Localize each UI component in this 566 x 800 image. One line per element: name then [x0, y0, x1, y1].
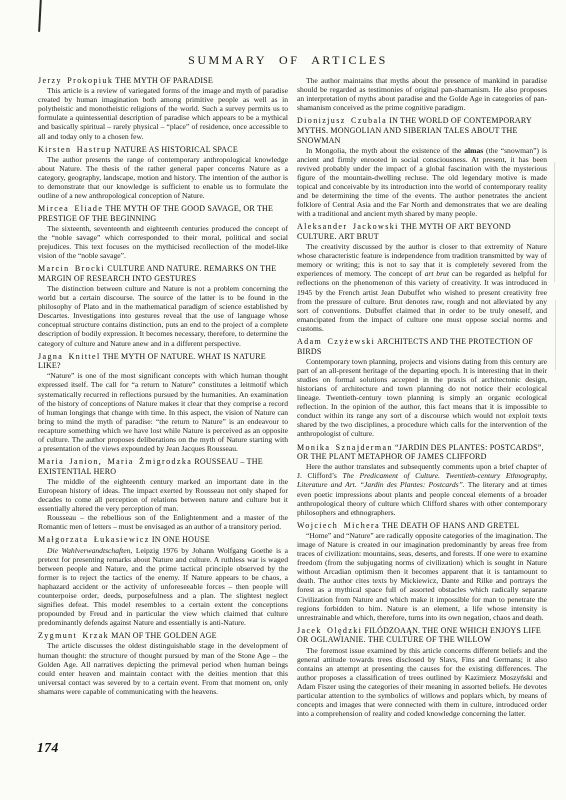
scan-artifact-line	[38, 0, 41, 32]
article-heading: Monika Sznajderman “JARDIN DES PLANTES: …	[297, 443, 547, 462]
article-author: Jagna Knittel	[38, 352, 101, 361]
article-author: Marcin Brocki	[38, 264, 105, 273]
page-title: SUMMARY OF ARTICLES	[30, 53, 546, 68]
summary-paragraph: In Mongolia, the myth about the existenc…	[297, 146, 547, 219]
italic-text-segment: Die Wahlverwandtschaften	[47, 546, 130, 555]
article-heading: Mircea Eliade THE MYTH OF THE GOOD SAVAG…	[38, 204, 288, 223]
text-segment: (the “snowman”) is ancient and firmly en…	[297, 146, 547, 219]
text-segment: The distinction between culture and Natu…	[38, 284, 288, 348]
article-summary: Jagna Knittel THE MYTH OF NATURE. WHAT I…	[38, 352, 288, 454]
text-segment: The article discusses the oldest disting…	[38, 641, 288, 695]
text-segment: The sixteenth, seventeenth and eighteent…	[38, 224, 288, 260]
summary-paragraph: The author presents the range of contemp…	[38, 155, 288, 200]
summary-paragraph: Here the author translates and subsequen…	[297, 462, 547, 517]
article-title: IN ONE HOUSE	[150, 535, 210, 544]
article-summary: Mircea Eliade THE MYTH OF THE GOOD SAVAG…	[38, 204, 288, 260]
article-summary: The author maintains that myths about th…	[297, 76, 547, 112]
article-summary: Aleksander Jackowski THE MYTH OF ART BEY…	[297, 222, 547, 333]
summary-paragraph: The middle of the eighteenth century mar…	[38, 477, 288, 513]
article-summary: Marcin Brocki CULTURE AND NATURE. REMARK…	[38, 264, 288, 347]
scan-noise-right	[555, 300, 556, 370]
summary-paragraph: The creativity discussed by the author i…	[297, 242, 547, 333]
article-title: NATURE AS HISTORICAL SPACE	[112, 145, 238, 154]
article-heading: Jacek Olędzki FILÓDZOAĄN. THE ONE WHICH …	[297, 626, 547, 645]
article-author: Mircea Eliade	[38, 204, 103, 213]
page-number: 174	[37, 740, 59, 756]
text-segment: The middle of the eighteenth century mar…	[38, 477, 288, 513]
article-heading: Marcin Brocki CULTURE AND NATURE. REMARK…	[38, 264, 288, 283]
article-title: THE DEATH OF HANS AND GRETEL	[380, 521, 519, 530]
article-summary: Zygmunt Krzak MAN OF THE GOLDEN AGEThe a…	[38, 631, 288, 696]
article-author: Maria Janion, Maria Żmigrodzka	[38, 457, 192, 466]
text-segment: Contemporary town planning, projects and…	[297, 357, 547, 439]
text-segment: can be regarded as helpful for reflectio…	[297, 269, 547, 333]
article-title: THE MYTH OF PARADISE	[113, 76, 213, 85]
text-segment: “Nature” is one of the most significant …	[38, 371, 288, 453]
article-author: Jerzy Prokopiuk	[38, 76, 113, 85]
article-author: Małgorzata Łukasiewicz	[38, 535, 150, 544]
scan-noise-right	[554, 162, 555, 282]
text-segment: Rousseau – the rebellious son of the Enl…	[38, 513, 288, 531]
article-summary: Maria Janion, Maria Żmigrodzka ROUSSEAU …	[38, 457, 288, 531]
text-segment: “Home” and “Nature” are radically opposi…	[297, 531, 547, 622]
article-heading: Jagna Knittel THE MYTH OF NATURE. WHAT I…	[38, 352, 288, 371]
article-summary: Adam Czyżewski ARCHITECTS AND THE PROTEC…	[297, 337, 547, 439]
summary-paragraph: Contemporary town planning, projects and…	[297, 357, 547, 439]
text-segment: , Leipzig 1976 by Johann Wolfgang Goethe…	[38, 546, 288, 628]
article-summary: Jerzy Prokopiuk THE MYTH OF PARADISEThis…	[38, 76, 288, 141]
article-author: Kirsten Hastrup	[38, 145, 112, 154]
article-author: Dionizjusz Czubala	[297, 116, 387, 125]
text-segment: In Mongolia, the myth about the existenc…	[306, 146, 464, 155]
summary-paragraph: The foremost issue examined by this arti…	[297, 646, 547, 719]
text-segment: The foremost issue examined by this arti…	[297, 646, 547, 719]
article-heading: Jerzy Prokopiuk THE MYTH OF PARADISE	[38, 76, 288, 86]
article-summary: Jacek Olędzki FILÓDZOAĄN. THE ONE WHICH …	[297, 626, 547, 718]
scanned-book-page: SUMMARY OF ARTICLES Jerzy Prokopiuk THE …	[0, 0, 566, 800]
article-author: Zygmunt Krzak	[38, 631, 109, 640]
summary-paragraph: The sixteenth, seventeenth and eighteent…	[38, 224, 288, 260]
article-heading: Małgorzata Łukasiewicz IN ONE HOUSE	[38, 535, 288, 545]
article-summary: Wojciech Michera THE DEATH OF HANS AND G…	[297, 521, 547, 622]
article-summary: Dionizjusz Czubala IN THE WORLD OF CONTE…	[297, 116, 547, 218]
summary-paragraph: “Home” and “Nature” are radically opposi…	[297, 531, 547, 622]
two-column-layout: Jerzy Prokopiuk THE MYTH OF PARADISEThis…	[38, 76, 547, 718]
article-author: Monika Sznajderman	[297, 443, 393, 452]
article-summary: Monika Sznajderman “JARDIN DES PLANTES: …	[297, 443, 547, 517]
text-segment: This article is a review of variegated f…	[38, 86, 288, 140]
article-summary: Kirsten Hastrup NATURE AS HISTORICAL SPA…	[38, 145, 288, 201]
article-heading: Zygmunt Krzak MAN OF THE GOLDEN AGE	[38, 631, 288, 641]
summary-paragraph: This article is a review of variegated f…	[38, 86, 288, 141]
article-author: Jacek Olędzki	[297, 626, 362, 635]
left-column: Jerzy Prokopiuk THE MYTH OF PARADISEThis…	[38, 76, 288, 718]
article-heading: Kirsten Hastrup NATURE AS HISTORICAL SPA…	[38, 145, 288, 155]
article-author: Wojciech Michera	[297, 521, 380, 530]
article-title: MAN OF THE GOLDEN AGE	[109, 631, 217, 640]
summary-paragraph: The author maintains that myths about th…	[297, 76, 547, 112]
article-summary: Małgorzata Łukasiewicz IN ONE HOUSEDie W…	[38, 535, 288, 627]
article-heading: Wojciech Michera THE DEATH OF HANS AND G…	[297, 521, 547, 531]
summary-paragraph: The distinction between culture and Natu…	[38, 284, 288, 348]
summary-paragraph: Die Wahlverwandtschaften, Leipzig 1976 b…	[38, 546, 288, 628]
summary-paragraph: Rousseau – the rebellious son of the Enl…	[38, 513, 288, 531]
text-segment: The author presents the range of contemp…	[38, 155, 288, 200]
article-author: Aleksander Jackowski	[297, 222, 399, 231]
text-segment: The author maintains that myths about th…	[297, 76, 547, 112]
right-column: The author maintains that myths about th…	[297, 76, 547, 718]
article-heading: Aleksander Jackowski THE MYTH OF ART BEY…	[297, 222, 547, 241]
summary-paragraph: “Nature” is one of the most significant …	[38, 371, 288, 453]
bold-text-segment: almas	[464, 146, 483, 155]
summary-paragraph: The article discusses the oldest disting…	[38, 641, 288, 696]
article-heading: Maria Janion, Maria Żmigrodzka ROUSSEAU …	[38, 457, 288, 476]
article-author: Adam Czyżewski	[297, 337, 375, 346]
article-heading: Adam Czyżewski ARCHITECTS AND THE PROTEC…	[297, 337, 547, 356]
article-heading: Dionizjusz Czubala IN THE WORLD OF CONTE…	[297, 116, 547, 145]
italic-text-segment: art brut	[425, 269, 449, 278]
